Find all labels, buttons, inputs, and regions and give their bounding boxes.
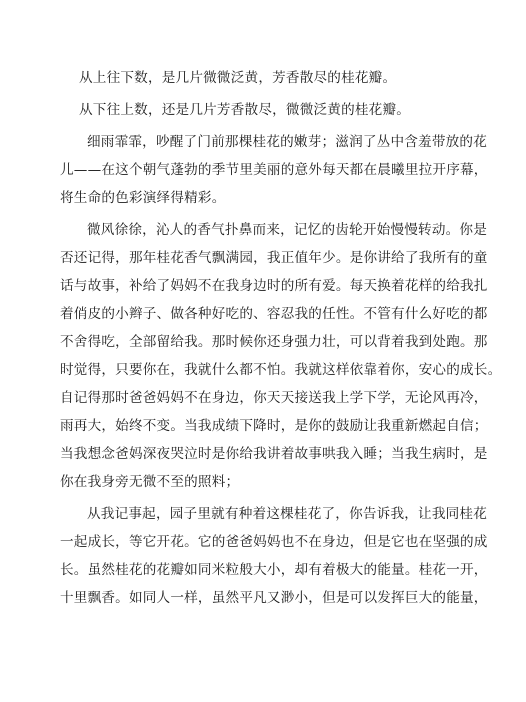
paragraph-2: 从下往上数，还是几片芳香散尽，微微泛黄的桂花瓣。 xyxy=(60,96,440,124)
text-line: 雨再大，始终不变。当我成绩下降时，是你的鼓励让我重新燃起自信； xyxy=(60,412,440,440)
text-line: 一起成长，等它开花。它的爸爸妈妈也不在身边，但是它也在坚强的成 xyxy=(60,528,440,556)
paragraph-4: 微风徐徐，沁人的香气扑鼻而来，记忆的齿轮开始慢慢转动。你是 否还记得，那年桂花香… xyxy=(60,216,440,496)
text-line: 否还记得，那年桂花香气飘满园，我正值年少。是你讲给了我所有的童 xyxy=(60,244,440,272)
paragraph-1: 从上往下数，是几片微微泛黄，芳香散尽的桂花瓣。 xyxy=(60,64,440,92)
text-line: 从我记事起，园子里就有种着这棵桂花了，你告诉我，让我同桂花 xyxy=(60,500,440,528)
text-line: 长。虽然桂花的花瓣如同米粒般大小，却有着极大的能量。桂花一开， xyxy=(60,556,440,584)
text-line: 着俏皮的小辫子、做各种好吃的、容忍我的任性。不管有什么好吃的都 xyxy=(60,300,440,328)
text-line: 将生命的色彩演绎得精彩。 xyxy=(60,184,440,212)
text-line: 你在我身旁无微不至的照料； xyxy=(60,468,440,496)
paragraph-3: 细雨霏霏，吵醒了门前那棵桂花的嫩芽；滋润了丛中含羞带放的花 儿——在这个朝气蓬勃… xyxy=(60,128,440,212)
text-line: 当我想念爸妈深夜哭泣时是你给我讲着故事哄我入睡；当我生病时，是 xyxy=(60,440,440,468)
text-line: 时觉得，只要你在，我就什么都不怕。我就这样依靠着你，安心的成长。 xyxy=(60,356,440,384)
text-line: 不舍得吃，全部留给我。那时候你还身强力壮，可以背着我到处跑。那 xyxy=(60,328,440,356)
text-line: 从下往上数，还是几片芳香散尽，微微泛黄的桂花瓣。 xyxy=(60,96,440,124)
document-page: 从上往下数，是几片微微泛黄，芳香散尽的桂花瓣。 从下往上数，还是几片芳香散尽，微… xyxy=(60,64,440,616)
text-line: 十里飘香。如同人一样，虽然平凡又渺小，但是可以发挥巨大的能量， xyxy=(60,584,440,612)
text-line: 细雨霏霏，吵醒了门前那棵桂花的嫩芽；滋润了丛中含羞带放的花 xyxy=(60,128,440,156)
paragraph-5: 从我记事起，园子里就有种着这棵桂花了，你告诉我，让我同桂花 一起成长，等它开花。… xyxy=(60,500,440,612)
text-line: 微风徐徐，沁人的香气扑鼻而来，记忆的齿轮开始慢慢转动。你是 xyxy=(60,216,440,244)
text-line: 话与故事，补给了妈妈不在我身边时的所有爱。每天换着花样的给我扎 xyxy=(60,272,440,300)
text-line: 儿——在这个朝气蓬勃的季节里美丽的意外每天都在晨曦里拉开序幕， xyxy=(60,156,440,184)
text-line: 从上往下数，是几片微微泛黄，芳香散尽的桂花瓣。 xyxy=(60,64,440,92)
text-line: 自记得那时爸爸妈妈不在身边，你天天接送我上学下学，无论风再冷， xyxy=(60,384,440,412)
